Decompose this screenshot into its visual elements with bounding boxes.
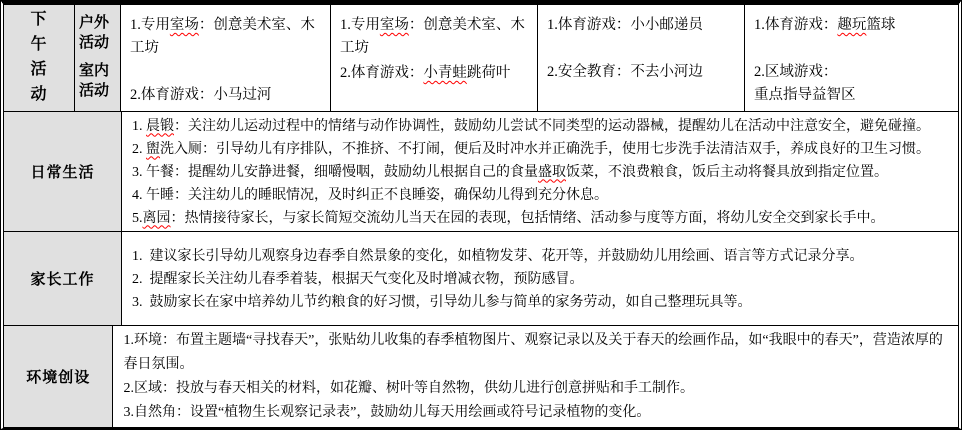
text-segment: 2.区域游戏： 重点指导益智区 [754, 64, 856, 103]
parent-work-label: 家长工作 [30, 268, 94, 289]
text-segment: 2.安全教育：不去小河边 [547, 64, 703, 80]
text-line: 2.区域：投放与春天相关的材料，如花瓣、树叶等自然物，供幼儿进行创意拼贴和手工制… [123, 377, 948, 401]
day2-activities-cell: 1.专用室场：创意美术室、木工坊2.体育游戏：小青蛙跳荷叶 [331, 5, 538, 112]
parent-work-content: 1. 建议家长引导幼儿观察身边春季自然景象的变化，如植物发芽、花开等，并鼓励幼儿… [122, 232, 958, 326]
daily-life-content: 1. 晨锻：关注幼儿运动过程中的情绪与动作协调性，鼓励幼儿尝试不同类型的运动器械… [122, 112, 958, 232]
text-segment: 1. [132, 119, 146, 134]
afternoon-row-label-cell: 下午活动 [4, 5, 75, 112]
text-segment: ：热情接待家长，与家长简短交流幼儿当天在园的表现，包括情绪、活动参与度等方面，将… [171, 211, 885, 226]
text-segment: 2. 提醒家长关注幼儿春季着装，根据天气变化及时增减衣物，预防感冒。 [132, 272, 584, 287]
text-line: 4. 午睡：关注幼儿的睡眠情况，及时纠正不良睡姿，确保幼儿得到充分休息。 [132, 184, 948, 207]
environment-content: 1.环境：布置主题墙“寻找春天”，张贴幼儿收集的春季植物图片、观察记录以及关于春… [113, 326, 958, 427]
text-line: 1.体育游戏：趣玩篮球 [754, 14, 950, 37]
environment-label: 环境创设 [26, 366, 90, 387]
text-segment: 3. 午餐：提醒幼儿安静进餐，细嚼慢咽，鼓励幼儿根据自己的食量 [132, 165, 538, 180]
text-line: 5.离园：热情接待家长，与家长简短交流幼儿当天在园的表现，包括情绪、活动参与度等… [132, 207, 948, 230]
text-segment: 2.体育游戏： [340, 65, 423, 81]
text-line: 2.区域游戏： 重点指导益智区 [754, 61, 950, 107]
text-segment: 洗入厕：引导幼儿有序排队，不推挤、不打闹，便后及时冲水并正确洗手，使用七步洗手法… [160, 142, 930, 157]
text-segment: 5. [132, 211, 143, 226]
text-line: 3. 鼓励家长在家中培养幼儿节约粮食的好习惯，引导幼儿参与简单的家务劳动，如自己… [132, 291, 948, 314]
text-segment: 1.环境：布置主题墙“寻找春天”，张贴幼儿收集的春季植物图片、观察记录以及关于春… [123, 333, 942, 372]
row-afternoon-activities: 下午活动 户外活动 室内活动 1.专用室场：创意美术室、木工坊2.体育游戏：小马… [4, 5, 958, 112]
daily-life-label-cell: 日常生活 [4, 112, 122, 232]
text-segment: 1.体育游戏： [754, 17, 837, 33]
misspelled-text: 晨锻 [146, 119, 174, 134]
sublabel-outdoor: 户外活动 [79, 13, 116, 54]
text-line: 2. 盥洗入厕：引导幼儿有序排队，不推挤、不打闹，便后及时冲水并正确洗手，使用七… [132, 138, 948, 161]
misspelled-text: 小青蛙 [423, 65, 467, 81]
misspelled-text: 室场 [170, 17, 199, 33]
text-line: 2. 提醒家长关注幼儿春季着装，根据天气变化及时增减衣物，预防感冒。 [132, 268, 948, 291]
text-segment: 饭菜，不浪费粮食，饭后主动将餐具放到指定位置。 [566, 165, 888, 180]
day1-activities-cell: 1.专用室场：创意美术室、木工坊2.体育游戏：小马过河 [121, 5, 331, 112]
misspelled-text: 趣玩 [837, 17, 866, 33]
misspelled-text: 盛取 [538, 165, 566, 180]
afternoon-sublabel-cell: 户外活动 室内活动 [75, 5, 121, 112]
afternoon-row-label: 下午活动 [30, 8, 48, 107]
misspelled-text: 离园 [143, 211, 171, 226]
text-segment: 1.专用 [340, 17, 380, 33]
row-environment-creation: 环境创设 1.环境：布置主题墙“寻找春天”，张贴幼儿收集的春季植物图片、观察记录… [4, 326, 958, 427]
environment-label-cell: 环境创设 [4, 326, 113, 427]
misspelled-text: 盥 [146, 142, 160, 157]
misspelled-text: 室场 [380, 17, 409, 33]
text-segment: 1. 建议家长引导幼儿观察身边春季自然景象的变化，如植物发芽、花开等，并鼓励幼儿… [132, 249, 864, 264]
row-parent-work: 家长工作 1. 建议家长引导幼儿观察身边春季自然景象的变化，如植物发芽、花开等，… [4, 232, 958, 326]
daily-life-label: 日常生活 [30, 161, 94, 182]
text-line: 1. 晨锻：关注幼儿运动过程中的情绪与动作协调性，鼓励幼儿尝试不同类型的运动器械… [132, 115, 948, 138]
row-daily-life: 日常生活 1. 晨锻：关注幼儿运动过程中的情绪与动作协调性，鼓励幼儿尝试不同类型… [4, 112, 958, 232]
text-segment: 2.体育游戏：小马过河 [130, 87, 271, 103]
text-line: 3. 午餐：提醒幼儿安静进餐，细嚼慢咽，鼓励幼儿根据自己的食量盛取饭菜，不浪费粮… [132, 161, 948, 184]
text-line: 2.体育游戏：小青蛙跳荷叶 [340, 62, 529, 85]
text-line: 3.自然角：设置“植物生长观察记录表”，鼓励幼儿每天用绘画或符号记录植物的变化。 [123, 401, 948, 425]
text-line: 1.专用室场：创意美术室、木工坊 [340, 14, 529, 60]
text-line: 2.体育游戏：小马过河 [130, 84, 322, 107]
text-segment: 跳荷叶 [467, 65, 511, 81]
text-segment: 1.体育游戏：小小邮递员 [547, 17, 703, 33]
text-segment: 4. 午睡：关注幼儿的睡眠情况，及时纠正不良睡姿，确保幼儿得到充分休息。 [132, 188, 608, 203]
day4-activities-cell: 1.体育游戏：趣玩篮球2.区域游戏： 重点指导益智区 [745, 5, 958, 112]
text-segment: 篮球 [866, 17, 895, 33]
text-segment: 3. 鼓励家长在家中培养幼儿节约粮食的好习惯，引导幼儿参与简单的家务劳动，如自己… [132, 295, 752, 310]
parent-work-label-cell: 家长工作 [4, 232, 122, 326]
text-segment: 2.区域：投放与春天相关的材料，如花瓣、树叶等自然物，供幼儿进行创意拼贴和手工制… [123, 381, 694, 396]
text-line: 1.环境：布置主题墙“寻找春天”，张贴幼儿收集的春季植物图片、观察记录以及关于春… [123, 329, 948, 377]
text-line: 2.安全教育：不去小河边 [547, 61, 736, 84]
text-segment: 3.自然角：设置“植物生长观察记录表”，鼓励幼儿每天用绘画或符号记录植物的变化。 [123, 405, 650, 420]
text-segment: 2. [132, 142, 146, 157]
text-segment: 1.专用 [130, 17, 170, 33]
text-line: 1.专用室场：创意美术室、木工坊 [130, 14, 322, 60]
text-line: 1.体育游戏：小小邮递员 [547, 14, 736, 37]
sublabel-indoor: 室内活动 [79, 61, 116, 102]
text-line: 1. 建议家长引导幼儿观察身边春季自然景象的变化，如植物发芽、花开等，并鼓励幼儿… [132, 245, 948, 268]
text-segment: ：关注幼儿运动过程中的情绪与动作协调性，鼓励幼儿尝试不同类型的运动器械，提醒幼儿… [174, 119, 930, 134]
kindergarten-weekly-plan-table: 下午活动 户外活动 室内活动 1.专用室场：创意美术室、木工坊2.体育游戏：小马… [0, 0, 962, 430]
day3-activities-cell: 1.体育游戏：小小邮递员2.安全教育：不去小河边 [538, 5, 745, 112]
